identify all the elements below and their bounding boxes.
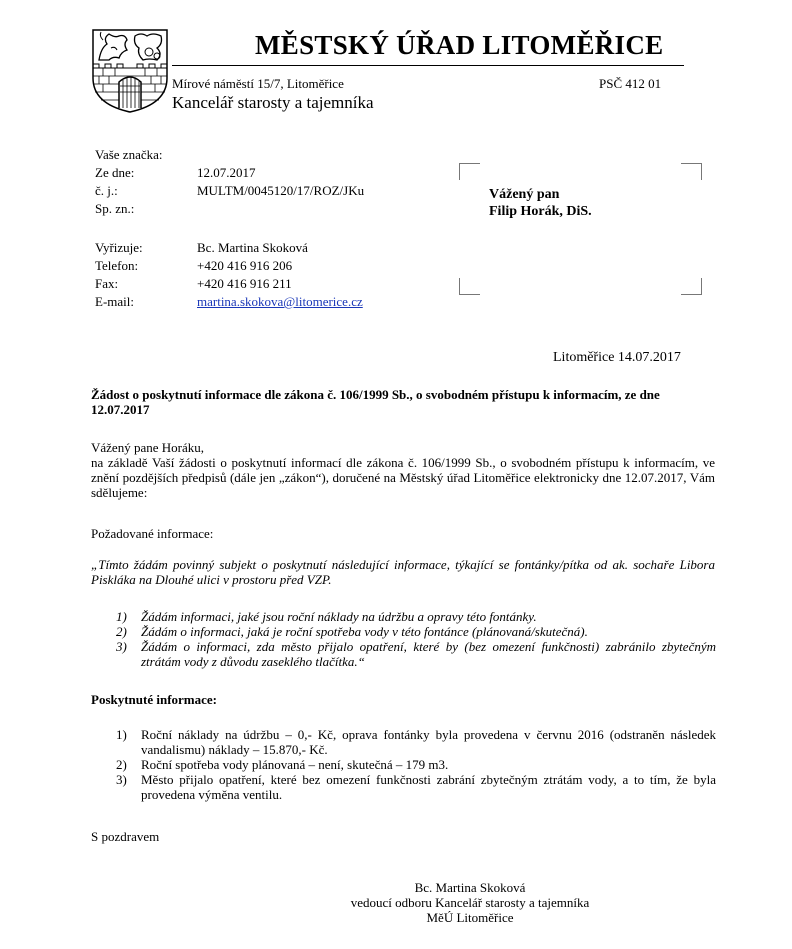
salutation: Vážený pane Horáku, — [91, 440, 715, 455]
meta-label-email: E-mail: — [95, 294, 134, 310]
list-item: 2)Žádám o informaci, jaká je roční spotř… — [116, 624, 716, 639]
list-item: 1)Žádám informaci, jaké jsou roční nákla… — [116, 609, 716, 624]
recipient-address: Vážený pan Filip Horák, DiS. — [489, 186, 592, 220]
meta-label-your-ref: Vaše značka: — [95, 147, 163, 163]
list-item: 3)Město přijalo opatření, které bez omez… — [116, 772, 716, 802]
recipient-name: Filip Horák, DiS. — [489, 203, 592, 220]
meta-value-case-number: MULTM/0045120/17/ROZ/JKu — [197, 183, 364, 199]
closing: S pozdravem — [91, 829, 715, 844]
meta-label-fax: Fax: — [95, 276, 118, 292]
meta-label-handler: Vyřizuje: — [95, 240, 143, 256]
meta-value-date: 12.07.2017 — [197, 165, 256, 181]
meta-value-fax: +420 416 916 211 — [197, 276, 292, 292]
letter-subject: Žádost o poskytnutí informace dle zákona… — [91, 387, 715, 417]
coat-of-arms-logo — [91, 28, 169, 114]
signature-block: Bc. Martina Skoková vedoucí odboru Kance… — [300, 880, 640, 925]
address-window-corner — [459, 278, 480, 295]
postal-code: PSČ 412 01 — [599, 76, 661, 92]
office-title: MĚSTSKÝ ÚŘAD LITOMĚŘICE — [255, 30, 663, 61]
request-list: 1)Žádám informaci, jaké jsou roční nákla… — [116, 609, 716, 669]
email-link[interactable]: martina.skokova@litomerice.cz — [197, 294, 363, 310]
recipient-salutation: Vážený pan — [489, 186, 592, 203]
header-divider — [172, 65, 684, 66]
meta-value-handler: Bc. Martina Skoková — [197, 240, 308, 256]
provided-list: 1)Roční náklady na údržbu – 0,- Kč, opra… — [116, 727, 716, 802]
meta-label-date: Ze dne: — [95, 165, 134, 181]
list-item: 3)Žádám o informaci, zda město přijalo o… — [116, 639, 716, 669]
meta-label-file-mark: Sp. zn.: — [95, 201, 134, 217]
place-and-date: Litoměřice 14.07.2017 — [553, 350, 681, 366]
signature-role: vedoucí odboru Kancelář starosty a tajem… — [300, 895, 640, 910]
intro-paragraph: na základě Vaší žádosti o poskytnutí inf… — [91, 455, 715, 500]
meta-label-case-number: č. j.: — [95, 183, 118, 199]
office-address: Mírové náměstí 15/7, Litoměřice — [172, 76, 344, 92]
request-quote: „Tímto žádám povinný subjekt o poskytnut… — [91, 557, 715, 587]
list-item: 2)Roční spotřeba vody plánovaná – není, … — [116, 757, 716, 772]
address-window-corner — [681, 278, 702, 295]
meta-value-phone: +420 416 916 206 — [197, 258, 292, 274]
list-item: 1)Roční náklady na údržbu – 0,- Kč, opra… — [116, 727, 716, 757]
requested-heading: Požadované informace: — [91, 526, 715, 541]
address-window-corner — [681, 163, 702, 180]
department-name: Kancelář starosty a tajemníka — [172, 93, 374, 113]
address-window-corner — [459, 163, 480, 180]
meta-label-phone: Telefon: — [95, 258, 138, 274]
provided-heading: Poskytnuté informace: — [91, 692, 715, 707]
signature-name: Bc. Martina Skoková — [300, 880, 640, 895]
signature-office: MěÚ Litoměřice — [300, 910, 640, 925]
